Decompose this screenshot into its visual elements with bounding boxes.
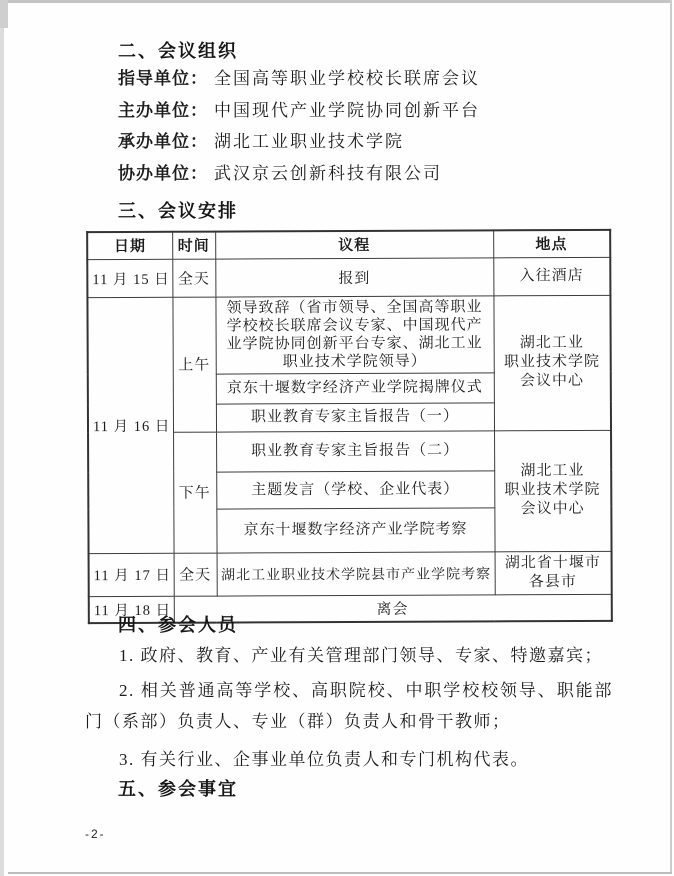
scan-edge-left	[0, 0, 4, 876]
cell-agenda: 离会	[174, 594, 612, 622]
cell-date: 11 月 15 日	[87, 259, 172, 297]
schedule-table: 日期 时间 议程 地点 11 月 15 日 全天 报到 入往酒店 11 月 16…	[86, 229, 613, 624]
org-item-label: 指导单位：	[118, 69, 208, 88]
org-item-value: 武汉京云创新科技有限公司	[214, 164, 442, 183]
cell-time-morning: 上午	[172, 297, 216, 432]
page-number: -2-	[85, 827, 106, 841]
cell-location: 湖北省十堰市 各县市	[495, 551, 612, 595]
org-item-value: 全国高等职业学校校长联席会议	[214, 69, 480, 88]
cell-time: 全天	[174, 553, 217, 596]
cell-location: 湖北工业 职业技术学院 会议中心	[493, 295, 611, 431]
org-item-value: 湖北工业职业技术学院	[214, 132, 404, 151]
cell-agenda: 领导致辞（省市领导、全国高等职业学校校长联席会议专家、中国现代产业学院协同创新平…	[215, 295, 493, 373]
section-heading-matters: 五、参会事宜	[118, 775, 238, 801]
cell-agenda: 职业教育专家主旨报告（二）	[216, 430, 494, 471]
section-heading-schedule: 三、会议安排	[118, 197, 238, 223]
org-item-guiding: 指导单位：全国高等职业学校校长联席会议	[118, 63, 480, 95]
scan-edge-right	[670, 0, 672, 874]
org-item-organizer: 承办单位：湖北工业职业技术学院	[118, 126, 480, 158]
cell-date: 11 月 16 日	[87, 297, 173, 553]
cell-date: 11 月 17 日	[89, 553, 174, 596]
organization-list: 指导单位：全国高等职业学校校长联席会议 主办单位：中国现代产业学院协同创新平台 …	[118, 63, 480, 189]
cell-time: 全天	[172, 259, 215, 297]
participants-item-1: 1. 政府、教育、产业有关管理部门领导、专家、特邀嘉宾；	[85, 640, 613, 671]
col-header-time: 时间	[172, 232, 215, 259]
scan-edge-top	[0, 0, 671, 3]
section-heading-participants: 四、参会人员	[118, 611, 238, 637]
cell-agenda: 京东十堰数字经济产业学院考察	[216, 507, 494, 552]
cell-agenda: 湖北工业职业技术学院县市产业学院考察	[217, 551, 495, 595]
cell-location: 入往酒店	[493, 257, 610, 296]
org-item-label: 承办单位：	[118, 132, 208, 151]
org-item-label: 主办单位：	[118, 101, 208, 120]
participants-item-2: 2. 相关普通高等学校、高职院校、中职学校校领导、职能部门（系部）负责人、专业（…	[85, 675, 613, 737]
cell-location: 湖北工业 职业技术学院 会议中心	[494, 430, 612, 552]
table-header-row: 日期 时间 议程 地点	[87, 230, 610, 259]
col-header-agenda: 议程	[215, 230, 493, 258]
org-item-co-organizer: 协办单位：武汉京云创新科技有限公司	[118, 158, 480, 190]
org-item-host: 主办单位：中国现代产业学院协同创新平台	[118, 95, 480, 127]
table-row-day1: 11 月 15 日 全天 报到 入往酒店	[87, 257, 610, 297]
cell-time-afternoon: 下午	[173, 432, 217, 553]
cell-agenda: 职业教育专家主旨报告（一）	[216, 402, 494, 431]
cell-agenda: 报到	[215, 257, 493, 296]
col-header-location: 地点	[493, 230, 610, 258]
scan-edge-bottom	[8, 872, 672, 874]
section-heading-organization: 二、会议组织	[118, 37, 238, 63]
table-row-day3: 11 月 17 日 全天 湖北工业职业技术学院县市产业学院考察 湖北省十堰市 各…	[89, 551, 612, 596]
col-header-date: 日期	[87, 232, 172, 259]
participants-list: 1. 政府、教育、产业有关管理部门领导、专家、特邀嘉宾； 2. 相关普通高等学校…	[85, 640, 613, 775]
document-page: 二、会议组织 指导单位：全国高等职业学校校长联席会议 主办单位：中国现代产业学院…	[0, 0, 674, 876]
participants-item-3: 3. 有关行业、企事业单位负责人和专门机构代表。	[85, 744, 613, 775]
org-item-label: 协办单位：	[118, 164, 208, 183]
cell-agenda: 京东十堰数字经济产业学院揭牌仪式	[216, 372, 494, 403]
org-item-value: 中国现代产业学院协同创新平台	[214, 101, 480, 120]
cell-agenda: 主题发言（学校、企业代表）	[216, 470, 494, 508]
scan-corner-notch	[0, 0, 8, 28]
table-row-day2-morning-1: 11 月 16 日 上午 领导致辞（省市领导、全国高等职业学校校长联席会议专家、…	[87, 295, 610, 374]
